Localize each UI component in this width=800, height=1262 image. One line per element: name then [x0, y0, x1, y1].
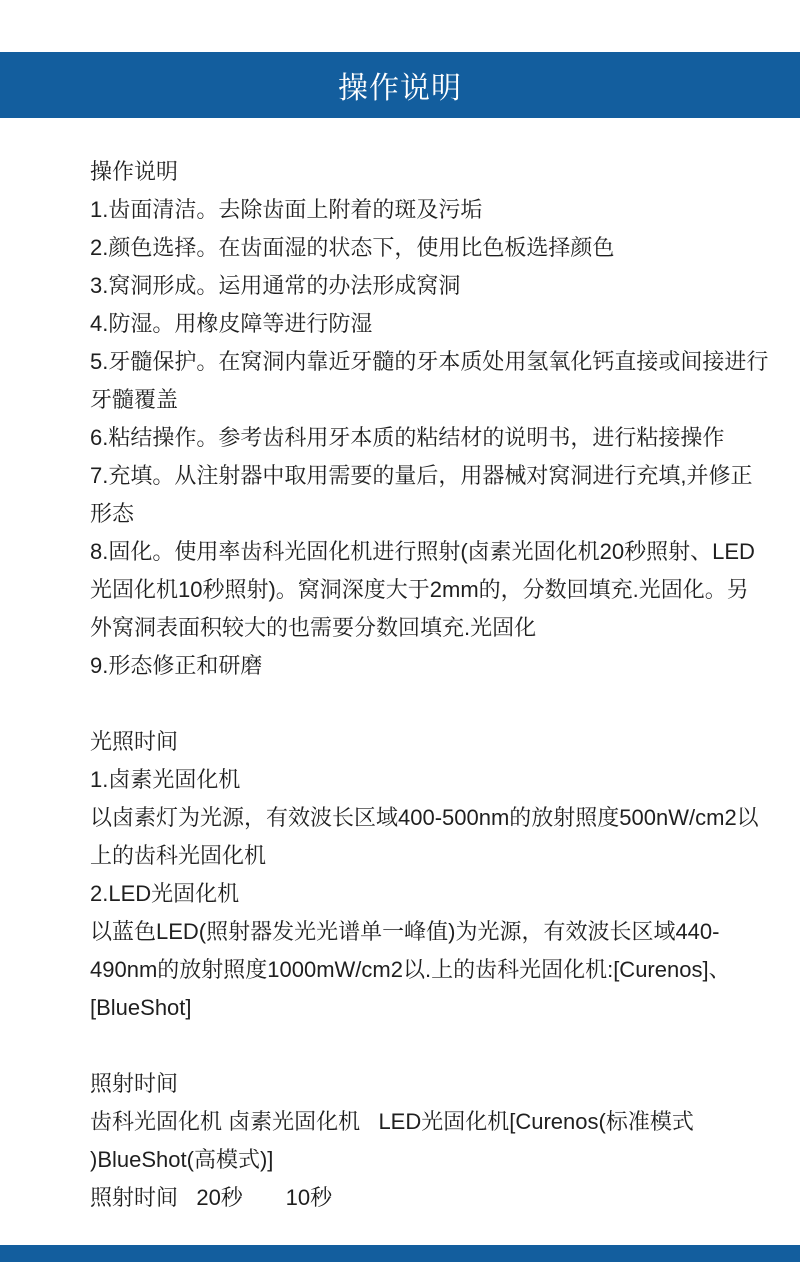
body-line: 5.牙髓保护。在窝洞内靠近牙髓的牙本质处用氢氧化钙直接或间接进行 — [90, 343, 750, 381]
product-description-page: 操作说明 操作说明1.齿面清洁。去除齿面上附着的斑及污垢2.颜色选择。在齿面湿的… — [0, 0, 800, 1262]
body-line: 上的齿科光固化机 — [90, 837, 750, 875]
body-line — [90, 1027, 750, 1065]
body-line: 4.防湿。用橡皮障等进行防湿 — [90, 305, 750, 343]
body-line: 1.齿面清洁。去除齿面上附着的斑及污垢 — [90, 191, 750, 229]
body-text: 操作说明1.齿面清洁。去除齿面上附着的斑及污垢2.颜色选择。在齿面湿的状态下，使… — [90, 153, 750, 1217]
body-line: 光照时间 — [90, 723, 750, 761]
section-banner-title: 操作说明 — [338, 63, 462, 107]
body-line: 以蓝色LED(照射器发光光谱单一峰值)为光源，有效波长区域440- — [90, 913, 750, 951]
body-line: 1.卤素光固化机 — [90, 761, 750, 799]
body-line — [90, 685, 750, 723]
body-line: 齿科光固化机 卤素光固化机 LED光固化机[Curenos(标准模式 — [90, 1103, 750, 1141]
body-line: 牙髓覆盖 — [90, 381, 750, 419]
body-line: 光固化机10秒照射)。窝洞深度大于2mm的，分数回填充.光固化。另 — [90, 571, 750, 609]
body-line: 操作说明 — [90, 153, 750, 191]
body-line: 以卤素灯为光源，有效波长区域400-500nm的放射照度500nW/cm2以 — [90, 799, 750, 837]
body-line: 照射时间 20秒 10秒 — [90, 1179, 750, 1217]
body-line: 2.颜色选择。在齿面湿的状态下，使用比色板选择颜色 — [90, 229, 750, 267]
next-section-banner-partial — [0, 1245, 800, 1262]
body-line: 9.形态修正和研磨 — [90, 647, 750, 685]
body-line: 8.固化。使用率齿科光固化机进行照射(卤素光固化机20秒照射、LED — [90, 533, 750, 571]
body-line: 490nm的放射照度1000mW/cm2以.上的齿科光固化机:[Curenos]… — [90, 951, 750, 989]
body-line: 形态 — [90, 495, 750, 533]
body-line: 照射时间 — [90, 1065, 750, 1103]
body-line: 外窝洞表面积较大的也需要分数回填充.光固化 — [90, 609, 750, 647]
body-line: 2.LED光固化机 — [90, 875, 750, 913]
body-line: 3.窝洞形成。运用通常的办法形成窝洞 — [90, 267, 750, 305]
body-line: [BlueShot] — [90, 989, 750, 1027]
body-line: 6.粘结操作。参考齿科用牙本质的粘结材的说明书，进行粘接操作 — [90, 419, 750, 457]
section-banner: 操作说明 — [0, 52, 800, 118]
body-line: )BlueShot(高模式)] — [90, 1141, 750, 1179]
body-line: 7.充填。从注射器中取用需要的量后，用器械对窝洞进行充填,并修正 — [90, 457, 750, 495]
